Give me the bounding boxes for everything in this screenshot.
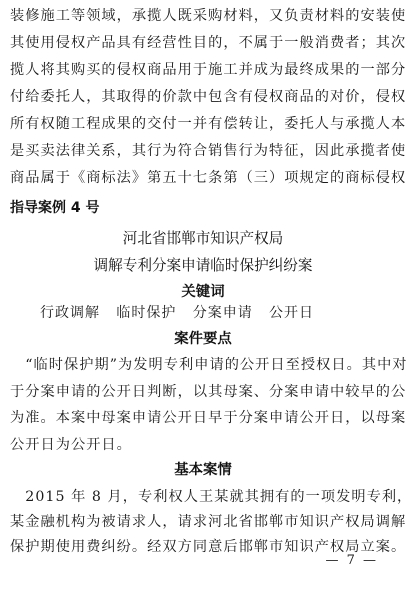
key-points-line: 为准。本案中母案申请公开日早于分案申请公开日，以母案申请 [10, 408, 400, 428]
keywords-heading: 关键词 [0, 282, 406, 302]
body-text-line: 是买卖法律关系，其行为符合销售行为特征，因此承揽者使用侵权 [10, 141, 400, 161]
case-title-line-2: 调解专利分案申请临时保护纠纷案 [0, 256, 406, 276]
body-text-line: 揽人将其购买的侵权商品用于施工并成为最终成果的一部分交 [10, 60, 400, 80]
basic-facts-heading: 基本案情 [0, 460, 406, 480]
body-text-line: 所有权随工程成果的交付一并有偿转让，委托人与承揽人本质上 [10, 114, 400, 134]
key-points-line: “临时保护期”为发明专利申请的公开日至授权日。其中对 [10, 355, 400, 375]
key-points-line: 公开日为公开日。 [10, 435, 400, 455]
body-text-line: 付给委托人，其取得的价款中包含有侵权商品的对价，侵权商品 [10, 87, 400, 107]
body-text-line: 其使用侵权产品具有经营性目的，不属于一般消费者；其次，承 [10, 33, 400, 53]
keywords-list: 行政调解 临时保护 分案申请 公开日 [40, 303, 314, 323]
key-points-heading: 案件要点 [0, 329, 406, 349]
key-points-line: 于分案申请的公开日判断，以其母案、分案申请中较早的公开日 [10, 382, 400, 402]
basic-facts-line: 某金融机构为被请求人，请求河北省邯郸市知识产权局调解临时 [10, 512, 400, 532]
basic-facts-line: 2015 年 8 月，专利权人王某就其拥有的一项发明专利，以 [10, 487, 400, 507]
page-number: — 7 — [325, 551, 378, 571]
body-text-line: 商品属于《商标法》第五十七条第（三）项规定的商标侵权行为。 [10, 168, 400, 188]
body-text-line: 装修施工等领域，承揽人既采购材料，又负责材料的安装使用， [10, 6, 400, 26]
case-number-heading: 指导案例 4 号 [10, 198, 100, 218]
case-title-line-1: 河北省邯郸市知识产权局 [0, 229, 406, 249]
